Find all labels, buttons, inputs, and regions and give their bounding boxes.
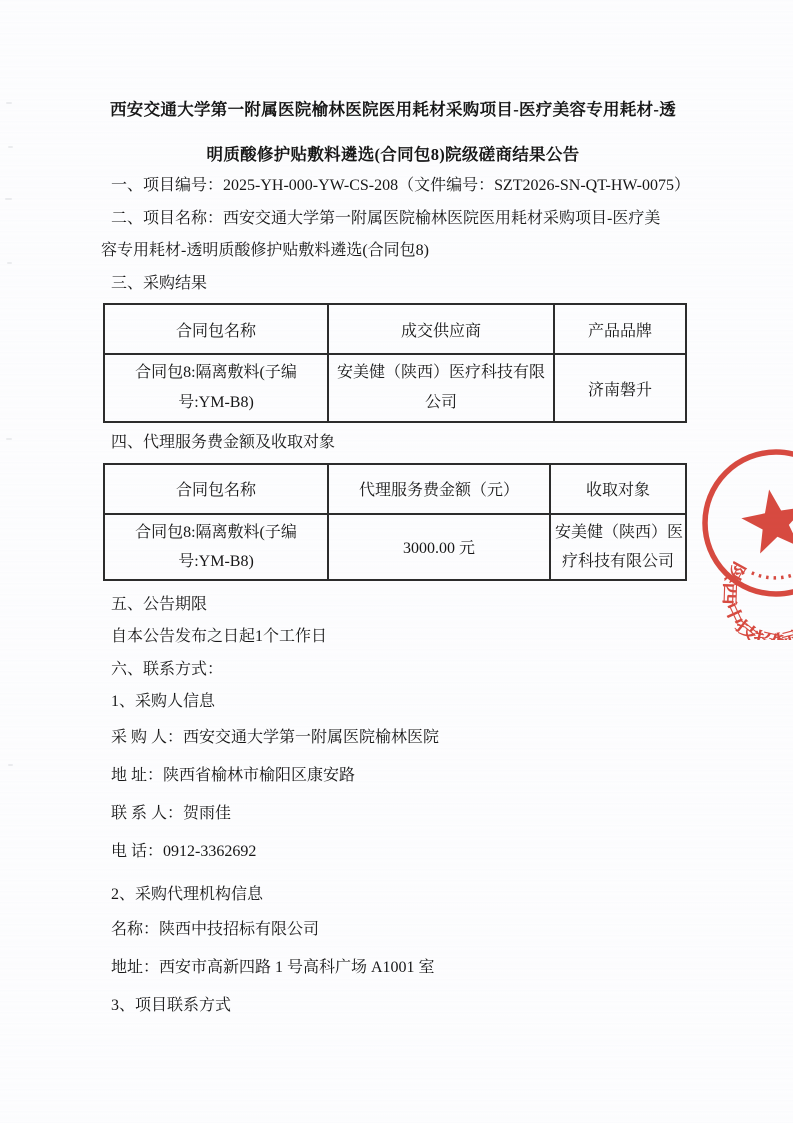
fee-header-recipient: 收取对象 xyxy=(550,464,686,514)
results-table-data-row: 合同包8:隔离敷料(子编 号:YM-B8) 安美健（陕西）医疗科技有限 公司 济… xyxy=(104,354,686,422)
results-cell-supplier: 安美健（陕西）医疗科技有限 公司 xyxy=(328,354,554,422)
scan-speck xyxy=(8,146,13,148)
notice-period-text: 自本公告发布之日起1个工作日 xyxy=(101,621,685,654)
scan-speck xyxy=(7,262,12,264)
scan-speck xyxy=(6,438,12,440)
results-header-supplier: 成交供应商 xyxy=(328,304,554,354)
fee-cell-amount: 3000.00 元 xyxy=(328,514,550,580)
results-cell-brand: 济南磐升 xyxy=(554,354,686,422)
section-heading-contact: 六、联系方式： xyxy=(101,654,685,687)
buyer-address-line: 地 址：陕西省榆林市榆阳区康安路 xyxy=(101,757,685,795)
seal-circle xyxy=(705,452,793,594)
project-name-line-1: 二、项目名称：西安交通大学第一附属医院榆林医院医用耗材采购项目-医疗美 xyxy=(101,203,685,236)
fee-table: 合同包名称 代理服务费金额（元） 收取对象 合同包8:隔离敷料(子编 号:YM-… xyxy=(103,463,687,581)
subheading-agency-info: 2、采购代理机构信息 xyxy=(101,879,685,912)
fee-header-package: 合同包名称 xyxy=(104,464,328,514)
subheading-project-contact: 3、项目联系方式 xyxy=(101,987,685,1025)
fee-cell-package: 合同包8:隔离敷料(子编 号:YM-B8) xyxy=(104,514,328,580)
results-table: 合同包名称 成交供应商 产品品牌 合同包8:隔离敷料(子编 号:YM-B8) 安… xyxy=(103,303,687,423)
section-heading-notice-period: 五、公告期限 xyxy=(101,589,685,622)
seal-serial-marks xyxy=(752,573,793,578)
title-line-1: 西安交通大学第一附属医院榆林医院医用耗材采购项目-医疗美容专用耗材-透 xyxy=(101,87,685,132)
scan-speck xyxy=(6,102,12,104)
subheading-buyer-info: 1、采购人信息 xyxy=(101,686,685,719)
agency-address-line: 地址：西安市高新四路 1 号高科广场 A1001 室 xyxy=(101,949,685,987)
results-header-package: 合同包名称 xyxy=(104,304,328,354)
scan-speck xyxy=(5,198,12,200)
seal-star-icon xyxy=(737,484,793,556)
agency-seal-stamp: 陕西中技招标有限公司 xyxy=(687,428,793,640)
scan-speck xyxy=(8,764,13,766)
fee-table-header-row: 合同包名称 代理服务费金额（元） 收取对象 xyxy=(104,464,686,514)
fee-header-amount: 代理服务费金额（元） xyxy=(328,464,550,514)
buyer-phone-line: 电 话：0912-3362692 xyxy=(101,833,685,871)
results-table-header-row: 合同包名称 成交供应商 产品品牌 xyxy=(104,304,686,354)
agency-name-line: 名称：陕西中技招标有限公司 xyxy=(101,911,685,949)
results-cell-package: 合同包8:隔离敷料(子编 号:YM-B8) xyxy=(104,354,328,422)
fee-table-data-row: 合同包8:隔离敷料(子编 号:YM-B8) 3000.00 元 安美健（陕西）医… xyxy=(104,514,686,580)
project-name-line-2: 容专用耗材-透明质酸修护贴敷料遴选(合同包8) xyxy=(101,235,685,268)
section-heading-agency-fee: 四、代理服务费金额及收取对象 xyxy=(101,427,685,460)
section-heading-procurement-result: 三、采购结果 xyxy=(101,268,685,301)
document-page: 西安交通大学第一附属医院榆林医院医用耗材采购项目-医疗美容专用耗材-透 明质酸修… xyxy=(0,0,793,1123)
buyer-contact-line: 联 系 人：贺雨佳 xyxy=(101,795,685,833)
document-content: 西安交通大学第一附属医院榆林医院医用耗材采购项目-医疗美容专用耗材-透 明质酸修… xyxy=(101,87,685,1025)
fee-cell-recipient: 安美健（陕西）医 疗科技有限公司 xyxy=(550,514,686,580)
page-title: 西安交通大学第一附属医院榆林医院医用耗材采购项目-医疗美容专用耗材-透 明质酸修… xyxy=(101,87,685,177)
buyer-name-line: 采 购 人：西安交通大学第一附属医院榆林医院 xyxy=(101,719,685,757)
results-header-brand: 产品品牌 xyxy=(554,304,686,354)
project-number-line: 一、项目编号：2025-YH-000-YW-CS-208（文件编号：SZT202… xyxy=(101,170,685,203)
seal-arc-text: 陕西中技招标有限公司 xyxy=(720,557,793,640)
